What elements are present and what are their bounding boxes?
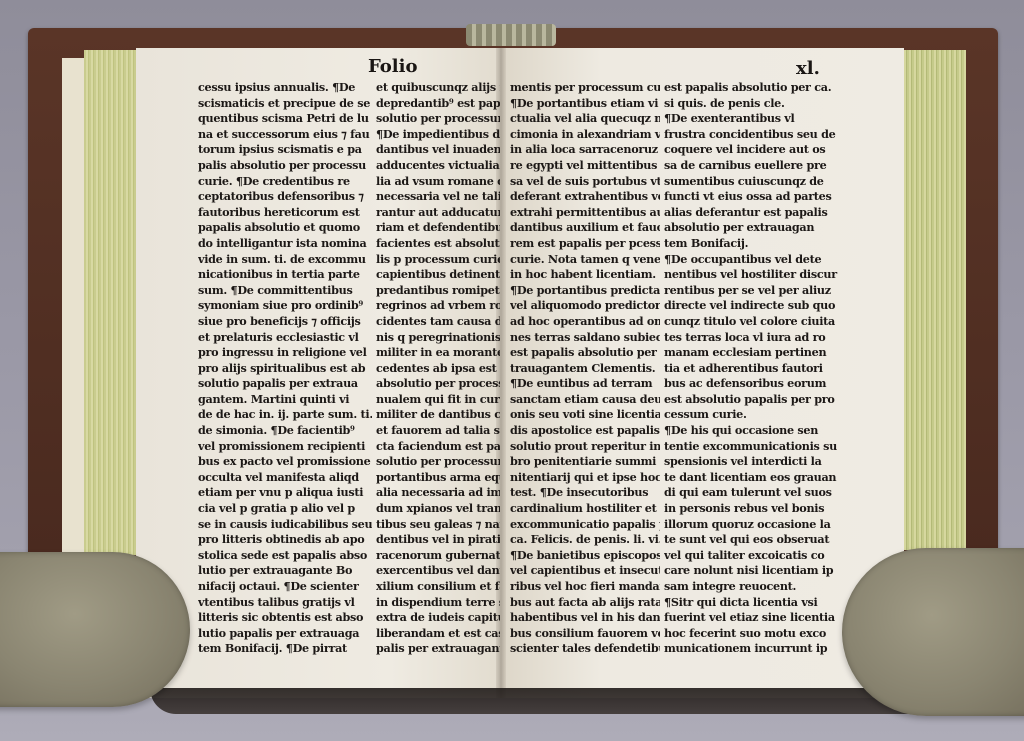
text-line: solutio per processum curie. (376, 111, 500, 127)
text-line: etiam per vnu p aliqua iusti (198, 485, 372, 501)
text-line: est absolutio papalis per pro (664, 392, 842, 408)
text-line: cunqz titulo vel colore ciuita (664, 314, 842, 330)
text-line: solutio prout reperitur in li (510, 439, 660, 455)
text-line: ¶De impedientibus depre (376, 127, 500, 143)
text-line: curie. Nota tamen q venecti (510, 252, 660, 268)
text-line: de simonia. ¶De facientib⁹ (198, 423, 372, 439)
text-line: rantur aut adducatur ad cu (376, 205, 500, 221)
text-line: sa de carnibus euellere pre (664, 158, 842, 174)
text-line: dantibus auxilium et fauo (510, 220, 660, 236)
text-line: ceptatoribus defensoribus ⁊ (198, 189, 372, 205)
text-line: excommunicatio papalis p (510, 517, 660, 533)
text-line: exercentibus vel dantib⁹ au (376, 563, 500, 579)
text-line: curie. ¶De credentibus re (198, 174, 372, 190)
text-line: re egypti vel mittentibus ip (510, 158, 660, 174)
text-line: vel capientibus et insecuto (510, 563, 660, 579)
text-line: si quis. de penis cle. (664, 96, 842, 112)
text-line: sa vel de suis portubus vt eis (510, 174, 660, 190)
left-page-column-2: et quibuscunqz alijs in maridepredantib⁹… (376, 80, 500, 657)
text-line: cessu ipsius annualis. ¶De (198, 80, 372, 96)
text-line: litteris sic obtentis est abso (198, 610, 372, 626)
text-line: bus consilium fauorem vel (510, 626, 660, 642)
text-line: tia et adherentibus fautori (664, 361, 842, 377)
text-line: palis per extrauagante Cle (376, 641, 500, 657)
text-line: lia ad vsum romane curie (376, 174, 500, 190)
text-line: trauagantem Clementis. (510, 361, 660, 377)
left-page-header: Folio (368, 56, 417, 77)
text-line: ¶Sitr qui dicta licentia vsi (664, 595, 842, 611)
text-line: frustra concidentibus seu de (664, 127, 842, 143)
text-line: vide in sum. ti. de excommu (198, 252, 372, 268)
text-line: deferant extrahentibus vel (510, 189, 660, 205)
text-line: functi vt eius ossa ad partes (664, 189, 842, 205)
text-line: rentibus per se vel per aliuz (664, 283, 842, 299)
text-line: portantibus arma equos et (376, 470, 500, 486)
text-line: vtentibus talibus gratijs vl (198, 595, 372, 611)
text-line: coquere vel incidere aut os (664, 142, 842, 158)
text-line: pro alijs spiritualibus est ab (198, 361, 372, 377)
text-line: illorum quoruz occasione la (664, 517, 842, 533)
text-line: tentie excommunicationis su (664, 439, 842, 455)
text-line: ribus vel hoc fieri mandanti (510, 579, 660, 595)
text-line: absolutio per processum an (376, 376, 500, 392)
text-line: regrinos ad vrbem roma ac (376, 298, 500, 314)
text-line: bus aut facta ab alijs rata (510, 595, 660, 611)
text-line: nes terras saldano subiectas (510, 330, 660, 346)
text-line: facientes est absolutio papa (376, 236, 500, 252)
text-line: sanctam etiam causa deuoti (510, 392, 660, 408)
text-line: depredantib⁹ est papalis ab (376, 96, 500, 112)
text-line: occulta vel manifesta aliqd (198, 470, 372, 486)
left-page-column-1: cessu ipsius annualis. ¶Descismaticis et… (198, 80, 372, 657)
text-line: necessaria vel ne talia defe (376, 189, 500, 205)
text-line: alias deferantur est papalis (664, 205, 842, 221)
text-line: mentis per processum curie (510, 80, 660, 96)
text-line: scienter tales defendetibus (510, 641, 660, 657)
text-line: do intelligantur ista nomina (198, 236, 372, 252)
text-line: tem Bonifacij. ¶De pirrat (198, 641, 372, 657)
text-line: dantibus vel inuadentibus (376, 142, 500, 158)
text-line: pro ingressu in religione vel (198, 345, 372, 361)
right-page-column-2: est papalis absolutio per ca.si quis. de… (664, 80, 842, 657)
text-line: cidentes tam causa deuotio (376, 314, 500, 330)
left-board-paper-edge (62, 58, 86, 618)
text-line: tem Bonifacij. (664, 236, 842, 252)
text-line: bus ex pacto vel promissione (198, 454, 372, 470)
text-line: vel promissionem recipienti (198, 439, 372, 455)
text-line: habentibus vel in his danti (510, 610, 660, 626)
text-line: ¶De occupantibus vel dete (664, 252, 842, 268)
text-line: torum ipsius scismatis e pa (198, 142, 372, 158)
text-line: sam integre reuocent. (664, 579, 842, 595)
text-line: in personis rebus vel bonis (664, 501, 842, 517)
text-line: lis p processum curie. ¶De (376, 252, 500, 268)
text-line: ¶De exenterantibus vl (664, 111, 842, 127)
text-line: extra de iudeis capitulo ad (376, 610, 500, 626)
text-line: bro penitentiarie summi pe (510, 454, 660, 470)
text-line: cimonia in alexandriam vel (510, 127, 660, 143)
text-line: hoc fecerint suo motu exco (664, 626, 842, 642)
text-line: adducentes victualia seu a (376, 158, 500, 174)
text-line: et fauorem ad talia supradi (376, 423, 500, 439)
text-line: cessum curie. (664, 407, 842, 423)
text-line: siue pro beneficijs ⁊ officijs (198, 314, 372, 330)
text-line: ca. Felicis. de penis. li. vi. (510, 532, 660, 548)
right-book-weight (842, 548, 1024, 716)
text-line: onis seu voti sine licentia se (510, 407, 660, 423)
text-line: pro litteris obtinedis ab apo (198, 532, 372, 548)
text-line: se in causis iudicabilibus seu (198, 517, 372, 533)
text-line: tes terras loca vl iura ad ro (664, 330, 842, 346)
text-line: ¶De portantibus etiam vi (510, 96, 660, 112)
text-line: care nolunt nisi licentiam ip (664, 563, 842, 579)
text-line: est papalis absolutio per ex (510, 345, 660, 361)
text-line: tibus seu galeas ⁊ naues sa (376, 517, 500, 533)
text-line: cta faciendum est papalis ab (376, 439, 500, 455)
text-line: dum xpianos vel transmit (376, 501, 500, 517)
text-line: capientibus detinentib⁹ de (376, 267, 500, 283)
text-line: ¶De portantibus predicta (510, 283, 660, 299)
text-line: solutio papalis per extraua (198, 376, 372, 392)
text-line: stolica sede est papalis abso (198, 548, 372, 564)
text-line: militer in ea morantes re (376, 345, 500, 361)
text-line: lutio per extrauagante Bo (198, 563, 372, 579)
text-line: ¶De his qui occasione sen (664, 423, 842, 439)
text-line: in alia loca sarracenoruz ter (510, 142, 660, 158)
text-line: na et successorum eius ⁊ fau (198, 127, 372, 143)
text-line: extrahi permittentibus aut (510, 205, 660, 221)
text-line: sum. ¶De committentibus (198, 283, 372, 299)
text-line: manam ecclesiam pertinen (664, 345, 842, 361)
text-line: ctualia vel alia quecuqz mer (510, 111, 660, 127)
text-line: riam et defendentibus talia (376, 220, 500, 236)
text-line: nentibus vel hostiliter discur (664, 267, 842, 283)
text-line: fautoribus hereticorum est (198, 205, 372, 221)
text-line: et prelaturis ecclesiastic vl (198, 330, 372, 346)
text-line: nifacij octaui. ¶De scienter (198, 579, 372, 595)
text-line: dis apostolice est papalis ab (510, 423, 660, 439)
left-book-weight (0, 552, 190, 707)
text-line: alia necessaria ad impugnan (376, 485, 500, 501)
text-line: vel qui taliter excoicatis co (664, 548, 842, 564)
text-line: papalis absolutio et quomo (198, 220, 372, 236)
left-page-edges (84, 50, 140, 555)
text-line: solutio per processum. ¶De (376, 454, 500, 470)
text-line: te dant licentiam eos grauan (664, 470, 842, 486)
text-line: municationem incurrunt ip (664, 641, 842, 657)
text-line: xilium consilium et fauorem (376, 579, 500, 595)
text-line: cedentes ab ipsa est papalis (376, 361, 500, 377)
text-line: in dispendium terre sancte (376, 595, 500, 611)
text-line: scismaticis et precipue de se (198, 96, 372, 112)
text-line: est papalis absolutio per ca. (664, 80, 842, 96)
text-line: palis absolutio per processu (198, 158, 372, 174)
text-line: vel aliquomodo predictoruz (510, 298, 660, 314)
text-line: sumentibus cuiuscunqz de (664, 174, 842, 190)
text-line: dentibus vel in piraticis sa (376, 532, 500, 548)
right-page-column-1: mentis per processum curie¶De portantibu… (510, 80, 660, 657)
text-line: lutio papalis per extrauaga (198, 626, 372, 642)
right-page-folio-number: xl. (796, 58, 820, 79)
text-line: symoniam siue pro ordinib⁹ (198, 298, 372, 314)
text-line: nualem qui fit in curia si (376, 392, 500, 408)
text-line: test. ¶De insecutoribus (510, 485, 660, 501)
text-line: predantibus romipetas pe (376, 283, 500, 299)
text-line: fuerint vel etiaz sine licentia (664, 610, 842, 626)
text-line: bus ac defensoribus eorum (664, 376, 842, 392)
text-line: di qui eam tulerunt vel suos (664, 485, 842, 501)
text-line: absolutio per extrauagan (664, 220, 842, 236)
text-line: te sunt vel qui eos obseruat (664, 532, 842, 548)
right-page-edges (902, 50, 966, 550)
text-line: gantem. Martini quinti vi (198, 392, 372, 408)
text-line: ad hoc operantibus ad om (510, 314, 660, 330)
book-spine-headband (466, 24, 556, 46)
text-line: nicationibus in tertia parte (198, 267, 372, 283)
text-line: racenorum gubernatione (376, 548, 500, 564)
text-line: ¶De euntibus ad terram (510, 376, 660, 392)
text-line: in hoc habent licentiam. (510, 267, 660, 283)
text-line: rem est papalis per pcessuz (510, 236, 660, 252)
text-line: nitentiarij qui et ipse hoc po (510, 470, 660, 486)
text-line: spensionis vel interdicti la (664, 454, 842, 470)
text-line: et quibuscunqz alijs in mari (376, 80, 500, 96)
text-line: militer de dantibus consilium (376, 407, 500, 423)
text-line: ¶De banietibus episcopos (510, 548, 660, 564)
text-line: nis q peregrinationis si (376, 330, 500, 346)
text-line: liberandam et est casus pa (376, 626, 500, 642)
text-line: cia vel p gratia p alio vel p (198, 501, 372, 517)
text-line: directe vel indirecte sub quo (664, 298, 842, 314)
text-line: de de hac in. ij. parte sum. ti. (198, 407, 372, 423)
text-line: cardinalium hostiliter et est (510, 501, 660, 517)
text-line: quentibus scisma Petri de lu (198, 111, 372, 127)
